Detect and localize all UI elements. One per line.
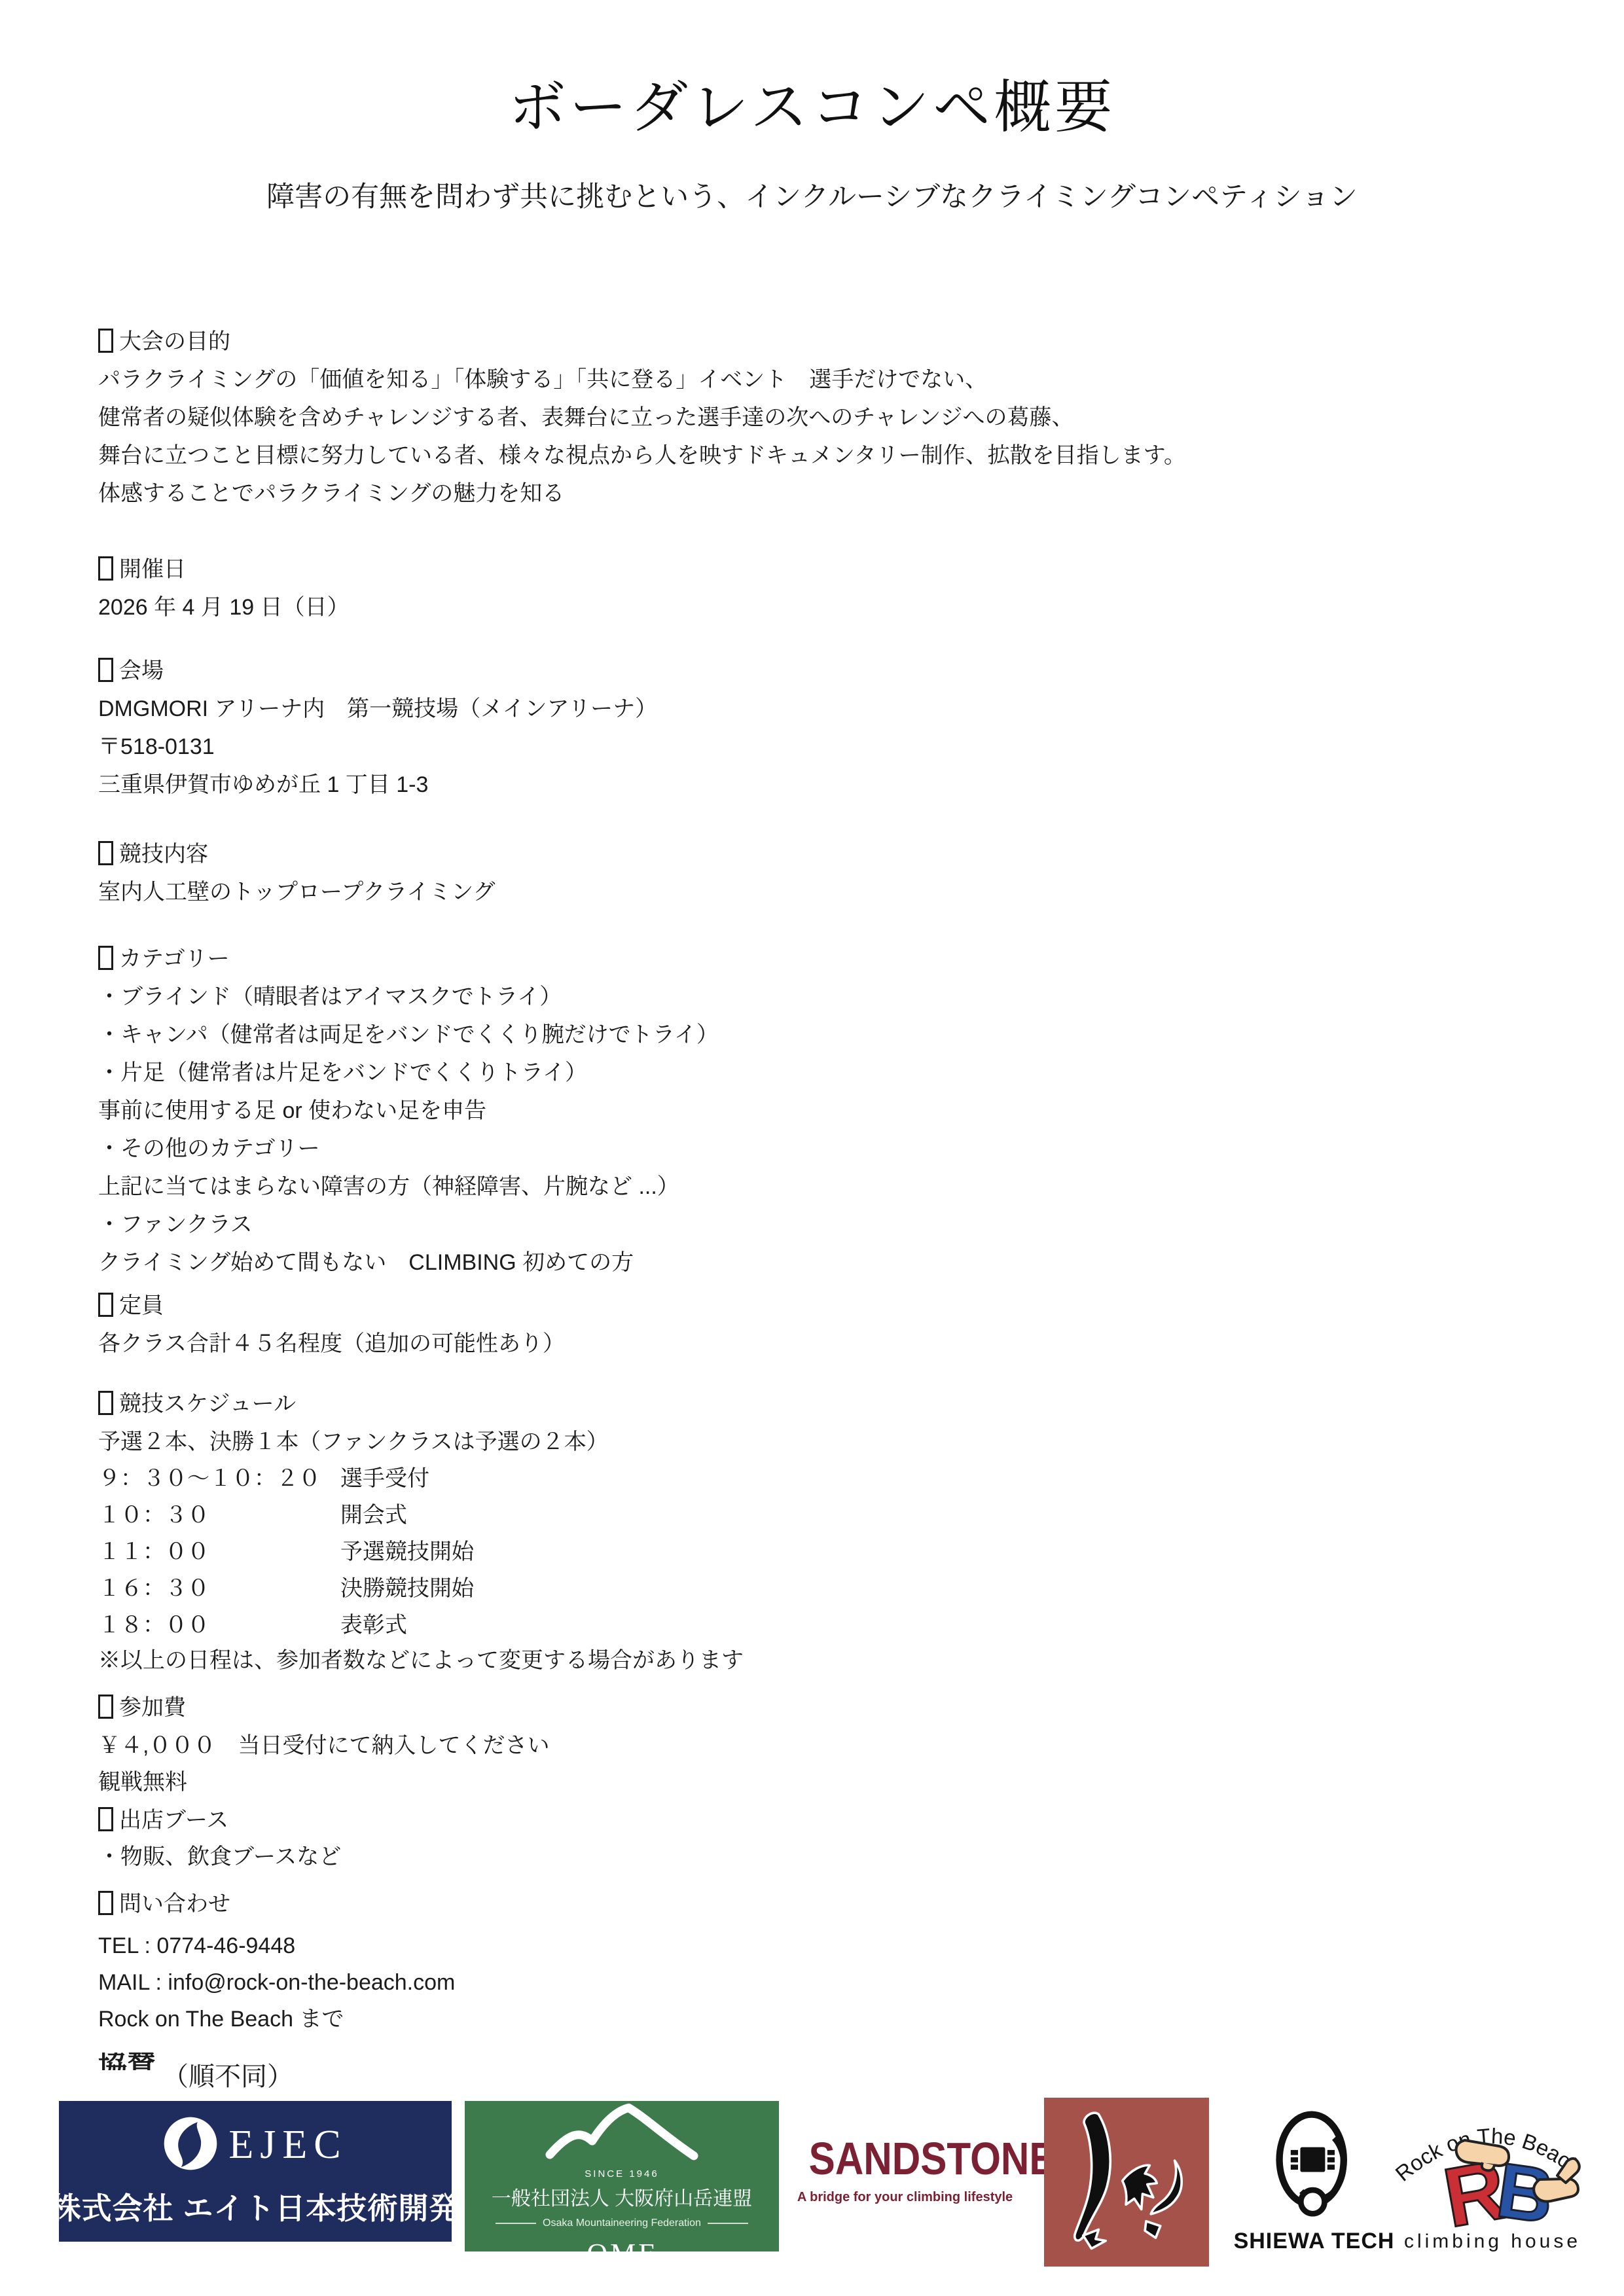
- ejec-swoosh-circle-icon: [163, 2116, 218, 2174]
- body-text-line: 上記に当てはまらない障害の方（神経障害、片腕など ...）: [98, 1168, 679, 1206]
- schedule-time: ９：３０～１０：２０: [98, 1460, 340, 1498]
- schedule-row: １８：００表彰式: [98, 1606, 407, 1644]
- omf-abbreviation: OMF: [586, 2237, 657, 2270]
- shiewa-wordmark: SHIEWA TECH: [1234, 2229, 1395, 2254]
- body-text-line: クライミング始めて間もない CLIMBING 初めての方: [98, 1244, 634, 1282]
- schedule-label: 表彰式: [340, 1613, 407, 1638]
- body-text-line: ・キャンパ（健常者は両足をバンドでくくり腕だけでトライ）: [98, 1016, 719, 1054]
- body-text-line: ・物販、飲食ブースなど: [98, 1838, 341, 1876]
- logo-omf: SINCE 1946 一般社団法人 大阪府山岳連盟 Osaka Mountain…: [465, 2101, 779, 2251]
- section-heading: 開催日: [98, 550, 186, 588]
- section-heading: 会場: [98, 652, 164, 690]
- body-text-line: 観戦無料: [98, 1763, 187, 1801]
- omf-divider: Osaka Mountaineering Federation: [496, 2217, 748, 2229]
- logo-eagle-gym: [1044, 2098, 1209, 2267]
- ejec-wordmark: EJEC: [228, 2122, 347, 2168]
- sandstone-tagline: A bridge for your climbing lifestyle: [789, 2190, 1021, 2205]
- eagle-calligraphy-icon: [1051, 2104, 1202, 2261]
- schedule-row: １０：３０開会式: [98, 1496, 407, 1534]
- body-text-line: ・ブラインド（晴眼者はアイマスクでトライ）: [98, 978, 562, 1016]
- schedule-row: １６：３０決勝競技開始: [98, 1570, 474, 1607]
- section-heading: カテゴリー: [98, 940, 230, 978]
- body-text-line: 舞台に立つこと目標に努力している者、様々な視点から人を映すドキュメンタリー制作、…: [98, 437, 1186, 475]
- schedule-time: １０：３０: [98, 1496, 340, 1534]
- body-text-line: ※以上の日程は、参加者数などによって変更する場合があります: [98, 1641, 744, 1679]
- body-text-line: 三重県伊賀市ゆめが丘 1 丁目 1-3: [98, 766, 428, 804]
- section-heading: 問い合わせ: [98, 1885, 230, 1923]
- divider-line: [496, 2223, 536, 2224]
- sponsor-heading: 協賛（順不同）: [98, 2053, 293, 2090]
- schedule-label: 選手受付: [340, 1466, 429, 1491]
- body-text-line: TEL : 0774-46-9448: [98, 1927, 295, 1965]
- sponsor-heading-note: （順不同）: [162, 2062, 293, 2091]
- sponsor-heading-clipped: 協賛: [98, 2053, 156, 2070]
- page-title: ボーダレスコンペ概要: [0, 79, 1624, 136]
- rotb-sub-text: climbing house: [1404, 2231, 1581, 2252]
- body-text-line: 〒518-0131: [98, 728, 215, 766]
- body-text-line: ・その他のカテゴリー: [98, 1130, 320, 1168]
- body-text-line: MAIL : info@rock-on-the-beach.com: [98, 1964, 455, 2001]
- body-text-line: 健常者の疑似体験を含めチャレンジする者、表舞台に立った選手達の次へのチャレンジへ…: [98, 399, 1074, 437]
- page-subtitle: 障害の有無を問わず共に挑むという、インクルーシブなクライミングコンペティション: [0, 181, 1624, 215]
- body-text-line: ・ファンクラス: [98, 1206, 253, 1244]
- schedule-label: 決勝競技開始: [340, 1576, 474, 1601]
- logo-sandstone: SANDSTONE A bridge for your climbing lif…: [789, 2132, 1021, 2205]
- body-text-line: ・片足（健常者は片足をバンドでくくりトライ）: [98, 1054, 587, 1092]
- sandstone-wordmark: SANDSTONE: [809, 2132, 1056, 2185]
- body-text-line: DMGMORI アリーナ内 第一競技場（メインアリーナ）: [98, 690, 657, 728]
- body-text-line: 事前に使用する足 or 使わない足を申告: [98, 1092, 486, 1130]
- schedule-time: １８：００: [98, 1606, 340, 1644]
- section-heading: 競技スケジュール: [98, 1385, 296, 1423]
- section-heading: 参加費: [98, 1689, 186, 1727]
- body-text-line: 2026 年 4 月 19 日（日）: [98, 588, 350, 626]
- schedule-time: １６：３０: [98, 1570, 340, 1607]
- schedule-row: １１：００予選競技開始: [98, 1533, 474, 1571]
- ejec-company-name: 株式会社 エイト日本技術開発: [51, 2185, 460, 2228]
- document-page: ボーダレスコンペ概要 障害の有無を問わず共に挑むという、インクルーシブなクライミ…: [0, 0, 1624, 2296]
- section-heading: 競技内容: [98, 835, 208, 873]
- section-heading: 定員: [98, 1287, 164, 1325]
- logo-ejec: EJEC 株式会社 エイト日本技術開発: [59, 2101, 452, 2242]
- omf-org-name: 一般社団法人 大阪府山岳連盟: [492, 2182, 752, 2211]
- logo-rock-on-the-beach: Rock on The Beach R B climbing house: [1388, 2100, 1597, 2257]
- body-text-line: 体感することでパラクライミングの魅力を知る: [98, 475, 564, 512]
- body-text-line: Rock on The Beach まで: [98, 2000, 344, 2038]
- body-text-line: 各クラス合計４５名程度（追加の可能性あり）: [98, 1325, 565, 1363]
- section-heading: 大会の目的: [98, 323, 230, 361]
- schedule-label: 開会式: [340, 1503, 407, 1528]
- logo-shiewa-tech: SHIEWA TECH: [1244, 2109, 1384, 2254]
- body-text-line: 室内人工壁のトップロープクライミング: [98, 873, 496, 911]
- body-text-line: パラクライミングの「価値を知る」「体験する」「共に登る」イベント 選手だけでない…: [98, 361, 987, 399]
- omf-english-name: Osaka Mountaineering Federation: [543, 2217, 701, 2229]
- ejec-lockup: EJEC: [163, 2116, 347, 2174]
- schedule-label: 予選競技開始: [340, 1539, 474, 1564]
- circuit-chip-circle-icon: [1271, 2109, 1358, 2222]
- body-text-line: ￥４,０００ 当日受付にて納入してください: [98, 1727, 549, 1765]
- divider-line: [708, 2223, 748, 2224]
- body-text-line: 予選２本、決勝１本（ファンクラスは予選の２本）: [98, 1423, 609, 1461]
- omf-since: SINCE 1946: [585, 2168, 659, 2179]
- schedule-row: ９：３０～１０：２０選手受付: [98, 1460, 429, 1498]
- mountain-ridge-icon: [537, 2101, 707, 2167]
- section-heading: 出店ブース: [98, 1801, 228, 1839]
- schedule-time: １１：００: [98, 1533, 340, 1571]
- hands-holding-letters-icon: Rock on The Beach R B climbing house: [1388, 2248, 1597, 2259]
